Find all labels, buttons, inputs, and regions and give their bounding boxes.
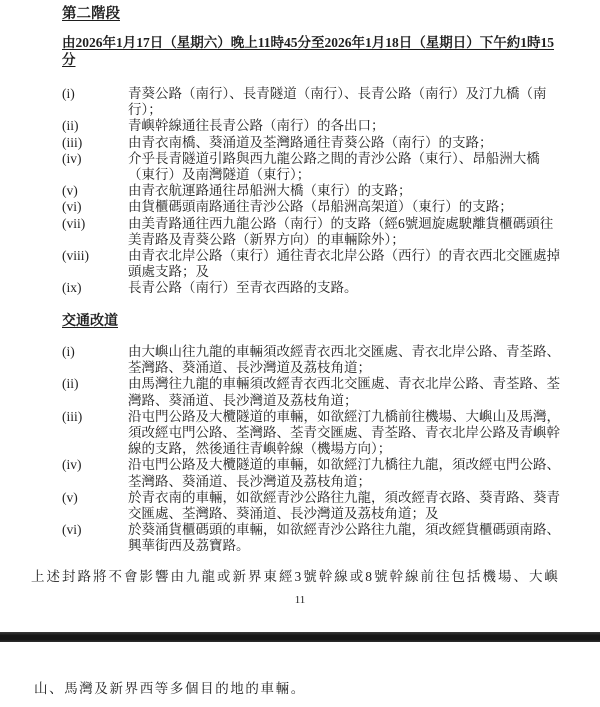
list-item-text: 由青衣北岸公路（東行）通往青衣北岸公路（西行）的青衣西北交匯處掉頭處支路；及 <box>128 248 562 280</box>
list-item-text: 沿屯門公路及大欖隧道的車輛，如欲經汀九橋往九龍，須改經屯門公路、荃灣路、葵涌道、… <box>128 457 562 489</box>
list-item-number: (iv) <box>62 151 128 183</box>
list-item-number: (viii) <box>62 248 128 280</box>
list-item-text: 長青公路（南行）至青衣西路的支路。 <box>128 280 562 296</box>
list-item-text: 由美青路通往西九龍公路（南行）的支路（經6號迴旋處駛離貨櫃碼頭往美青路及青葵公路… <box>128 216 562 248</box>
continuation-line: 山、馬灣及新界西等多個目的地的車輛。 <box>34 681 574 698</box>
closure-list: (i) 青葵公路（南行）、長青隧道（南行）、長青公路（南行）及汀九橋（南行）； … <box>62 86 562 297</box>
note-line: 上述封路將不會影響由九龍或新界東經3號幹線或8號幹線前往包括機場、大嶼 <box>31 569 579 586</box>
list-item-number: (ix) <box>62 280 128 296</box>
list-item-text: 由貨櫃碼頭南路通往青沙公路（昂船洲高架道）（東行）的支路； <box>128 199 562 215</box>
list-item-text: 由馬灣往九龍的車輛須改經青衣西北交匯處、青衣北岸公路、青荃路、荃灣路、葵涌道、長… <box>128 376 562 408</box>
list-item: (ii) 由馬灣往九龍的車輛須改經青衣西北交匯處、青衣北岸公路、青荃路、荃灣路、… <box>62 376 562 408</box>
list-item-number: (iii) <box>62 135 128 151</box>
list-item: (vi) 於葵涌貨櫃碼頭的車輛，如欲經青沙公路往九龍，須改經貨櫃碼頭南路、興華街… <box>62 522 562 554</box>
list-item-text: 青葵公路（南行）、長青隧道（南行）、長青公路（南行）及汀九橋（南行）； <box>128 86 562 118</box>
list-item-number: (iv) <box>62 457 128 489</box>
phase-title: 第二階段 <box>62 6 120 23</box>
list-item: (i) 青葵公路（南行）、長青隧道（南行）、長青公路（南行）及汀九橋（南行）； <box>62 86 562 118</box>
list-item-number: (iii) <box>62 409 128 458</box>
list-item: (v) 由青衣航運路通往昂船洲大橋（東行）的支路； <box>62 183 562 199</box>
list-item: (vii) 由美青路通往西九龍公路（南行）的支路（經6號迴旋處駛離貨櫃碼頭往美青… <box>62 216 562 248</box>
list-item: (vi) 由貨櫃碼頭南路通往青沙公路（昂船洲高架道）（東行）的支路； <box>62 199 562 215</box>
list-item: (i) 由大嶼山往九龍的車輛須改經青衣西北交匯處、青衣北岸公路、青荃路、荃灣路、… <box>62 344 562 376</box>
list-item: (iv) 介乎長青隧道引路與西九龍公路之間的青沙公路（東行）、昂船洲大橋（東行）… <box>62 151 562 183</box>
diversion-heading: 交通改道 <box>62 313 118 330</box>
list-item-text: 青嶼幹線通往長青公路（南行）的各出口； <box>128 118 562 134</box>
list-item-number: (i) <box>62 344 128 376</box>
list-item-text: 由青衣南橋、葵涌道及荃灣路通往青葵公路（南行）的支路； <box>128 135 562 151</box>
list-item-text: 由青衣航運路通往昂船洲大橋（東行）的支路； <box>128 183 562 199</box>
document-page: 第二階段 由2026年1月17日（星期六）晚上11時45分至2026年1月18日… <box>0 0 600 707</box>
list-item-number: (vii) <box>62 216 128 248</box>
list-item-number: (i) <box>62 86 128 118</box>
list-item: (ii) 青嶼幹線通往長青公路（南行）的各出口； <box>62 118 562 134</box>
list-item-number: (ii) <box>62 376 128 408</box>
list-item-number: (vi) <box>62 522 128 554</box>
list-item-text: 於青衣南的車輛，如欲經青沙公路往九龍，須改經青衣路、葵青路、葵青交匯處、荃灣路、… <box>128 490 562 522</box>
list-item-number: (vi) <box>62 199 128 215</box>
list-item-number: (ii) <box>62 118 128 134</box>
list-item: (viii) 由青衣北岸公路（東行）通往青衣北岸公路（西行）的青衣西北交匯處掉頭… <box>62 248 562 280</box>
list-item-number: (v) <box>62 183 128 199</box>
list-item: (iii) 由青衣南橋、葵涌道及荃灣路通往青葵公路（南行）的支路； <box>62 135 562 151</box>
page-number: 11 <box>0 594 600 606</box>
list-item-text: 由大嶼山往九龍的車輛須改經青衣西北交匯處、青衣北岸公路、青荃路、荃灣路、葵涌道、… <box>128 344 562 376</box>
period-heading: 由2026年1月17日（星期六）晚上11時45分至2026年1月18日（星期日）… <box>62 35 564 68</box>
list-item: (ix) 長青公路（南行）至青衣西路的支路。 <box>62 280 562 296</box>
list-item-text: 沿屯門公路及大欖隧道的車輛，如欲經汀九橋前往機場、大嶼山及馬灣，須改經屯門公路、… <box>128 409 562 458</box>
page-separator-bar <box>0 632 600 642</box>
list-item-number: (v) <box>62 490 128 522</box>
diversion-list: (i) 由大嶼山往九龍的車輛須改經青衣西北交匯處、青衣北岸公路、青荃路、荃灣路、… <box>62 344 562 555</box>
list-item-text: 於葵涌貨櫃碼頭的車輛，如欲經青沙公路往九龍，須改經貨櫃碼頭南路、興華街西及荔寶路… <box>128 522 562 554</box>
list-item: (iv) 沿屯門公路及大欖隧道的車輛，如欲經汀九橋往九龍，須改經屯門公路、荃灣路… <box>62 457 562 489</box>
list-item-text: 介乎長青隧道引路與西九龍公路之間的青沙公路（東行）、昂船洲大橋（東行）及南灣隧道… <box>128 151 562 183</box>
list-item: (v) 於青衣南的車輛，如欲經青沙公路往九龍，須改經青衣路、葵青路、葵青交匯處、… <box>62 490 562 522</box>
list-item: (iii) 沿屯門公路及大欖隧道的車輛，如欲經汀九橋前往機場、大嶼山及馬灣，須改… <box>62 409 562 458</box>
